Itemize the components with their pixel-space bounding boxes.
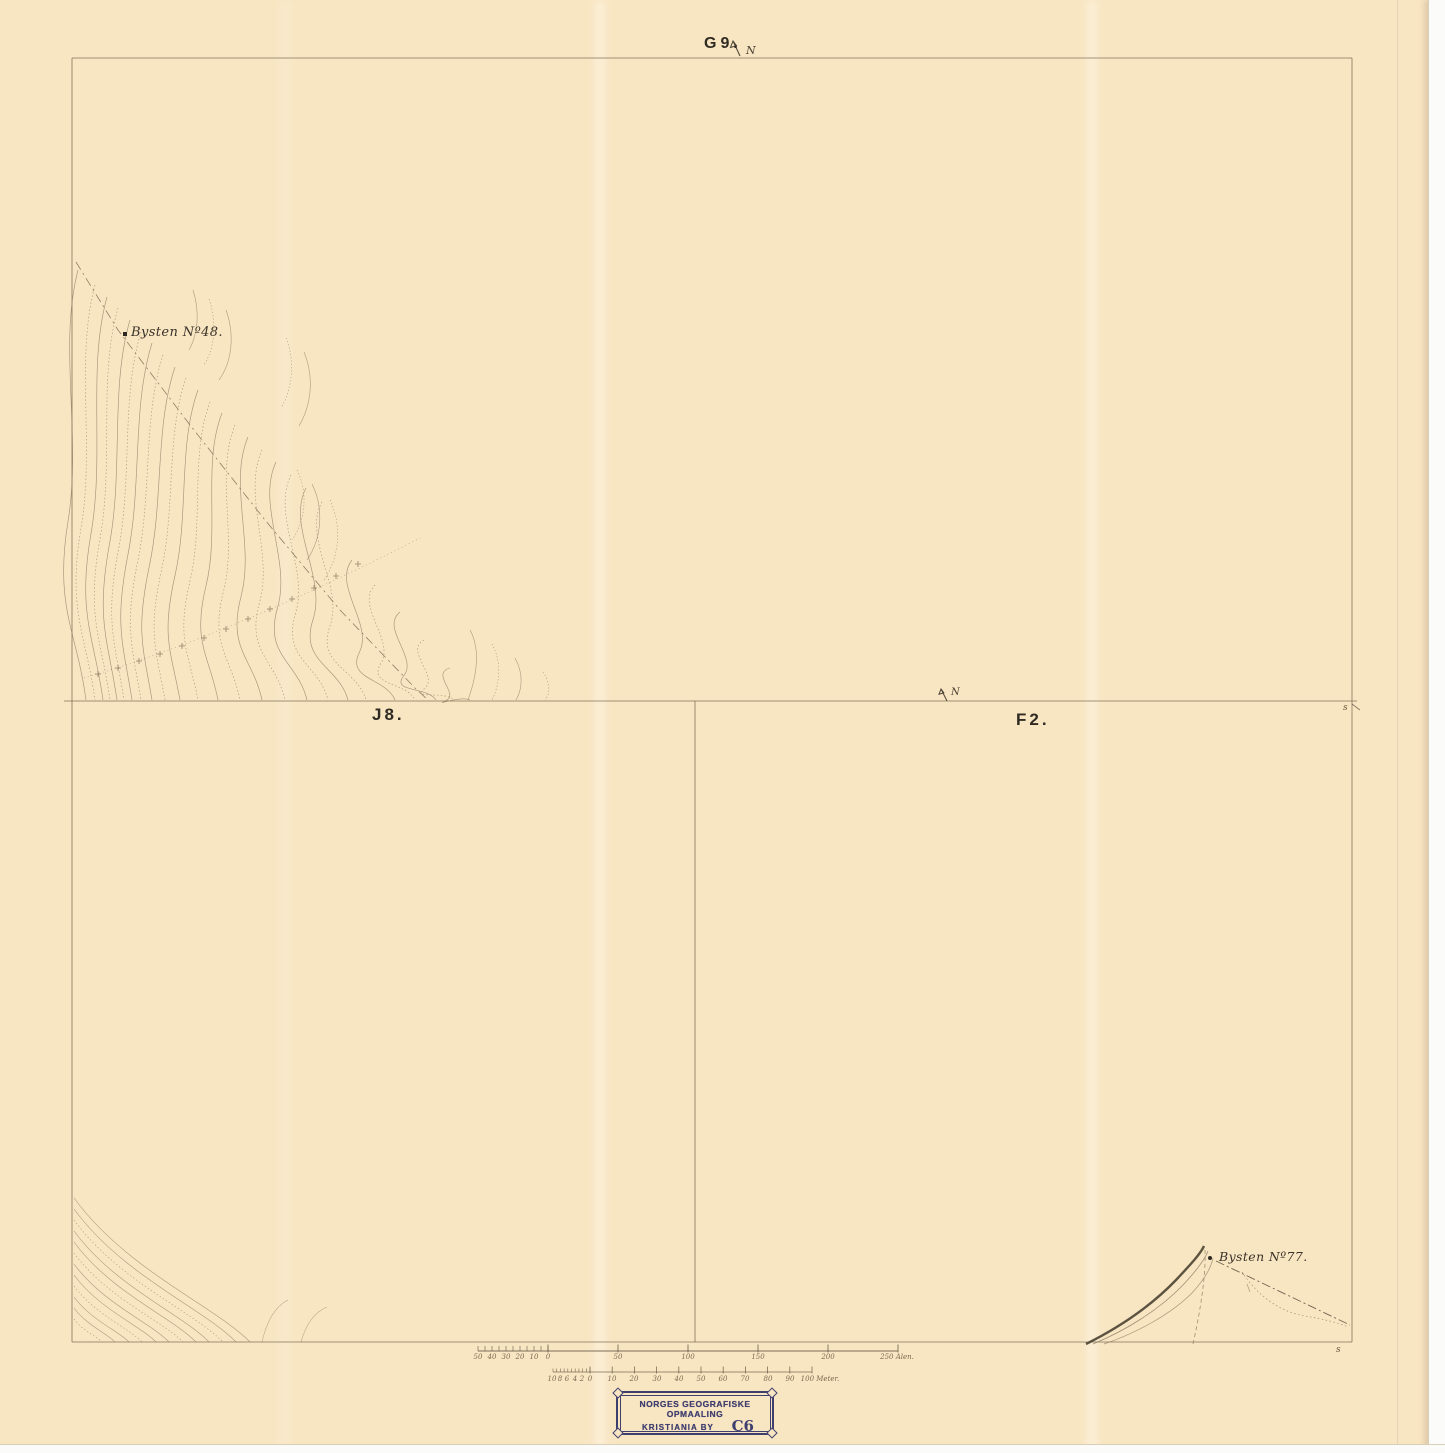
paper-edge-right xyxy=(1428,0,1445,1453)
paper-crease-line xyxy=(1397,0,1399,1453)
stamp-city: KRISTIANIA BY xyxy=(642,1423,714,1432)
meter-scale-label: 70 xyxy=(741,1375,750,1383)
survey-point-label: Bysten Nº77. xyxy=(1219,1249,1308,1264)
survey-point-marker xyxy=(1208,1256,1212,1260)
alen-scale-label: 40 xyxy=(488,1353,497,1361)
meter-scale-label: 6 xyxy=(565,1375,569,1383)
north-letter: N xyxy=(951,687,960,698)
alen-scale-end-label: 250 Alen. xyxy=(880,1353,914,1361)
alen-scale-label: 0 xyxy=(546,1353,550,1361)
cliff-feature-lower-right xyxy=(1086,1246,1350,1344)
map-engraving xyxy=(0,0,1445,1453)
stamp-sheet-code: C6 xyxy=(732,1420,754,1432)
border-corner-mark: s xyxy=(1343,703,1348,713)
alen-scale-label: 100 xyxy=(681,1353,694,1361)
north-letter: N xyxy=(746,44,756,57)
alen-scale-label: 30 xyxy=(502,1353,511,1361)
meter-scale-label: 2 xyxy=(580,1375,584,1383)
meter-scale-end-label: 100 Meter. xyxy=(801,1375,840,1383)
survey-point-label: Bysten Nº48. xyxy=(131,325,223,340)
meter-scale-label: 10 xyxy=(548,1375,557,1383)
sheet-frame-lines xyxy=(64,58,1360,1342)
border-corner-mark: s xyxy=(1336,1345,1341,1355)
alen-scale-label: 50 xyxy=(614,1353,623,1361)
alen-scale-label: 150 xyxy=(751,1353,764,1361)
paper-edge-bottom xyxy=(0,1444,1445,1453)
sheet-label-f2: F2. xyxy=(1016,710,1050,730)
alen-scale-label: 200 xyxy=(821,1353,834,1361)
meter-scale-label: 40 xyxy=(675,1375,684,1383)
survey-point-marker xyxy=(123,332,127,336)
sheet-label-g9: G9. xyxy=(704,35,742,53)
meter-scale-label: 20 xyxy=(630,1375,639,1383)
sheet-label-j8: J8. xyxy=(372,705,405,725)
boundary-line-upper-left xyxy=(76,262,428,700)
map-sheet: G9. N J8. F2. N Bysten Nº48. Bysten Nº77… xyxy=(0,0,1445,1453)
meter-scale-label: 10 xyxy=(608,1375,617,1383)
alen-scale-label: 10 xyxy=(530,1353,539,1361)
stamp-second-line: KRISTIANIA BY C6 xyxy=(618,1420,772,1432)
contour-lines-lower-left xyxy=(74,1198,327,1342)
meter-scale-label: 8 xyxy=(558,1375,562,1383)
north-arrow-icon xyxy=(939,689,947,701)
meter-scale-label: 50 xyxy=(697,1375,706,1383)
stamp-title: NORGES GEOGRAFISKE OPMAALING xyxy=(618,1399,772,1419)
alen-scale-label: 50 xyxy=(474,1353,483,1361)
meter-scale-label: 90 xyxy=(786,1375,795,1383)
meter-scale-label: 0 xyxy=(588,1375,592,1383)
alen-scale-label: 20 xyxy=(516,1353,525,1361)
meter-scale-label: 4 xyxy=(573,1375,577,1383)
meter-scale-label: 30 xyxy=(653,1375,662,1383)
meter-scale-label: 80 xyxy=(764,1375,773,1383)
meter-scale-label: 60 xyxy=(719,1375,728,1383)
survey-stamp: NORGES GEOGRAFISKE OPMAALING KRISTIANIA … xyxy=(616,1391,774,1435)
